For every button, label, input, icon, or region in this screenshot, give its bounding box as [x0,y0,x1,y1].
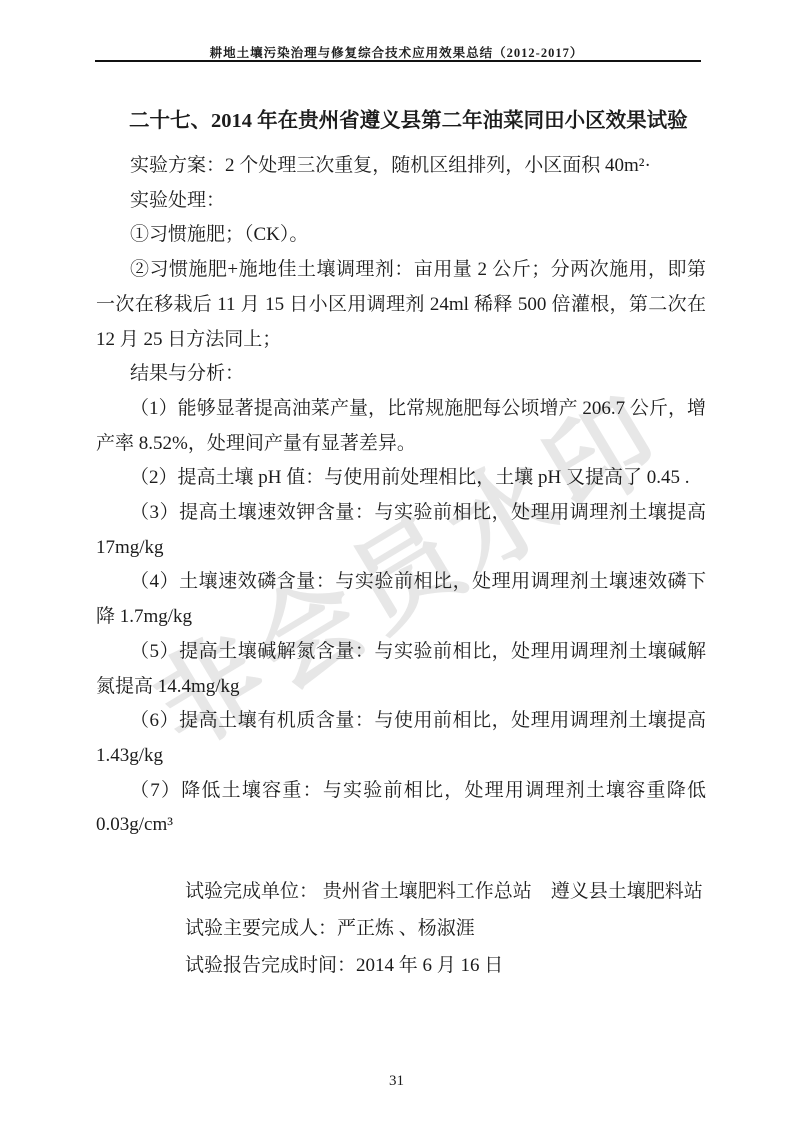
paragraph: 实验方案：2 个处理三次重复，随机区组排列，小区面积 40m²· [96,149,706,184]
paragraph: （3）提高土壤速效钾含量：与实验前相比，处理用调理剂土壤提高 17mg/kg [96,496,706,565]
completion-info-block: 试验完成单位： 贵州省土壤肥料工作总站 遵义县土壤肥料站试验主要完成人：严正炼 … [96,873,706,984]
document-page: 非会员水印 耕地土壤污染治理与修复综合技术应用效果总结（2012-2017） 二… [0,0,793,1122]
document-title: 二十七、2014 年在贵州省遵义县第二年油菜同田小区效果试验 [96,100,706,142]
completion-info-line: 试验主要完成人：严正炼 、杨淑涯 [185,910,706,947]
paragraph: 实验处理： [96,184,706,219]
page-number: 31 [0,1073,793,1090]
paragraph: （5）提高土壤碱解氮含量：与实验前相比，处理用调理剂土壤碱解氮提高 14.4mg… [96,635,706,704]
running-header: 耕地土壤污染治理与修复综合技术应用效果总结（2012-2017） [0,43,793,61]
paragraph: （2）提高土壤 pH 值：与使用前处理相比，土壤 pH 又提高了 0.45 . [96,461,706,496]
paragraph: （1）能够显著提高油菜产量，比常规施肥每公顷增产 206.7 公斤，增产率 8.… [96,392,706,461]
paragraph: ①习惯施肥；（CK）。 [96,218,706,253]
paragraph: （6）提高土壤有机质含量：与使用前相比，处理用调理剂土壤提高 1.43g/kg [96,704,706,773]
paragraph-list: 实验方案：2 个处理三次重复，随机区组排列，小区面积 40m²·实验处理：①习惯… [96,149,706,843]
paragraph: （4）土壤速效磷含量：与实验前相比，处理用调理剂土壤速效磷下降 1.7mg/kg [96,565,706,634]
completion-info-line: 试验报告完成时间：2014 年 6 月 16 日 [185,947,706,984]
document-content: 二十七、2014 年在贵州省遵义县第二年油菜同田小区效果试验 实验方案：2 个处… [96,100,706,984]
header-rule [95,60,701,62]
paragraph: 结果与分析： [96,357,706,392]
paragraph: （7）降低土壤容重：与实验前相比，处理用调理剂土壤容重降低 0.03g/cm³ [96,774,706,843]
completion-info-line: 试验完成单位： 贵州省土壤肥料工作总站 遵义县土壤肥料站 [185,873,706,910]
paragraph: ②习惯施肥+施地佳土壤调理剂：亩用量 2 公斤；分两次施用，即第一次在移栽后 1… [96,253,706,357]
